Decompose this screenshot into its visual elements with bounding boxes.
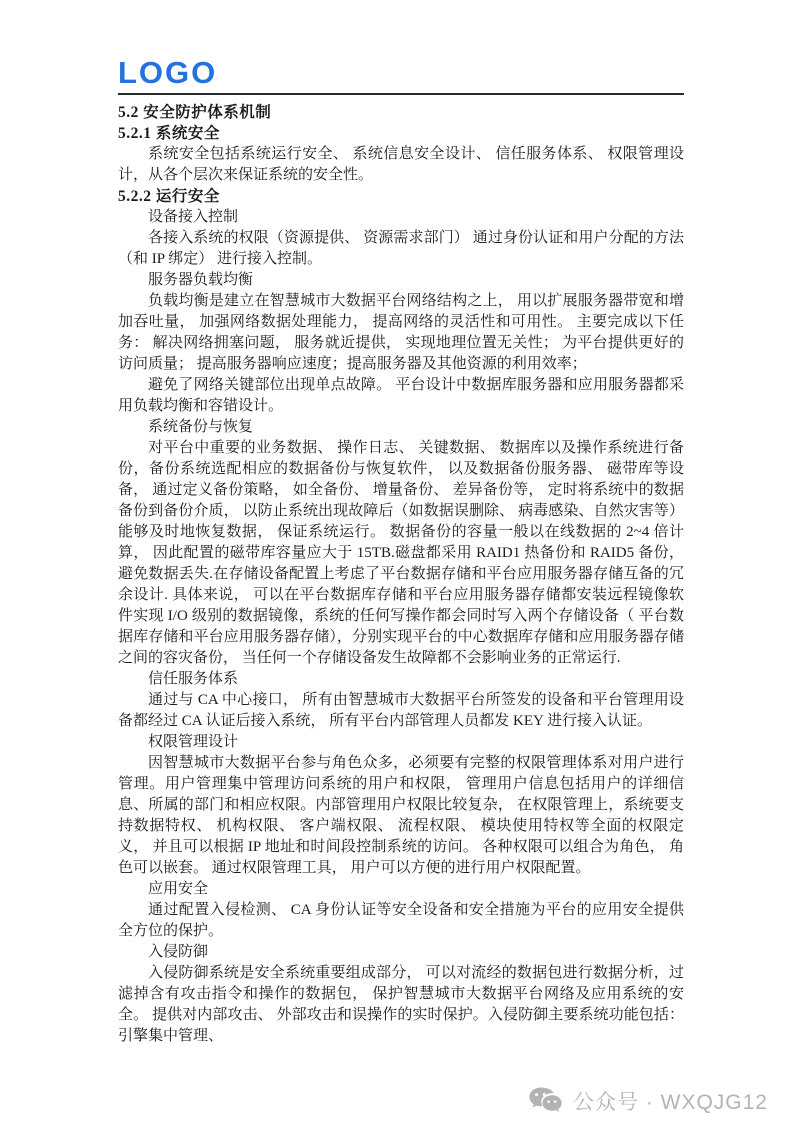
logo: LOGO xyxy=(118,56,684,90)
wechat-icon xyxy=(528,1086,564,1116)
paragraph: 负载均衡是建立在智慧城市大数据平台网络结构之上， 用以扩展服务器带宽和增加吞吐量… xyxy=(118,291,684,375)
watermark-text: 公众号 · WXQJG12 xyxy=(573,1086,768,1116)
paragraph: 通过与 CA 中心接口， 所有由智慧城市大数据平台所签发的设备和平台管理用设备都… xyxy=(118,690,684,732)
run-in-subheading: 设备接入控制 xyxy=(118,207,684,228)
subsection-heading: 5.2.1 系统安全 xyxy=(118,123,684,144)
document-body: 5.2 安全防护体系机制5.2.1 系统安全系统安全包括系统运行安全、 系统信息… xyxy=(118,102,684,1047)
header-divider xyxy=(118,93,684,95)
run-in-subheading: 信任服务体系 xyxy=(118,669,684,690)
paragraph: 各接入系统的权限（资源提供、 资源需求部门） 通过身份认证和用户分配的方法（和 … xyxy=(118,228,684,270)
paragraph: 对平台中重要的业务数据、 操作日志、 关键数据、 数据库以及操作系统进行备份，备… xyxy=(118,438,684,669)
run-in-subheading: 入侵防御 xyxy=(118,942,684,963)
run-in-subheading: 服务器负载均衡 xyxy=(118,270,684,291)
paragraph: 系统安全包括系统运行安全、 系统信息安全设计、 信任服务体系、 权限管理设计，从… xyxy=(118,144,684,186)
paragraph: 因智慧城市大数据平台参与角色众多，必须要有完整的权限管理体系对用户进行管理。用户… xyxy=(118,753,684,879)
subsection-heading: 5.2.2 运行安全 xyxy=(118,186,684,207)
paragraph: 通过配置入侵检测、 CA 身份认证等安全设备和安全措施为平台的应用安全提供全方位… xyxy=(118,900,684,942)
run-in-subheading: 权限管理设计 xyxy=(118,732,684,753)
page-content: LOGO 5.2 安全防护体系机制5.2.1 系统安全系统安全包括系统运行安全、… xyxy=(118,56,684,1047)
paragraph: 避免了网络关键部位出现单点故障。 平台设计中数据库服务器和应用服务器都采用负载均… xyxy=(118,375,684,417)
section-heading: 5.2 安全防护体系机制 xyxy=(118,102,684,123)
run-in-subheading: 系统备份与恢复 xyxy=(118,417,684,438)
watermark: 公众号 · WXQJG12 xyxy=(528,1086,768,1116)
document-page: LOGO 5.2 安全防护体系机制5.2.1 系统安全系统安全包括系统运行安全、… xyxy=(0,0,800,1132)
run-in-subheading: 应用安全 xyxy=(118,879,684,900)
paragraph: 入侵防御系统是安全系统重要组成部分， 可以对流经的数据包进行数据分析，过滤掉含有… xyxy=(118,963,684,1047)
